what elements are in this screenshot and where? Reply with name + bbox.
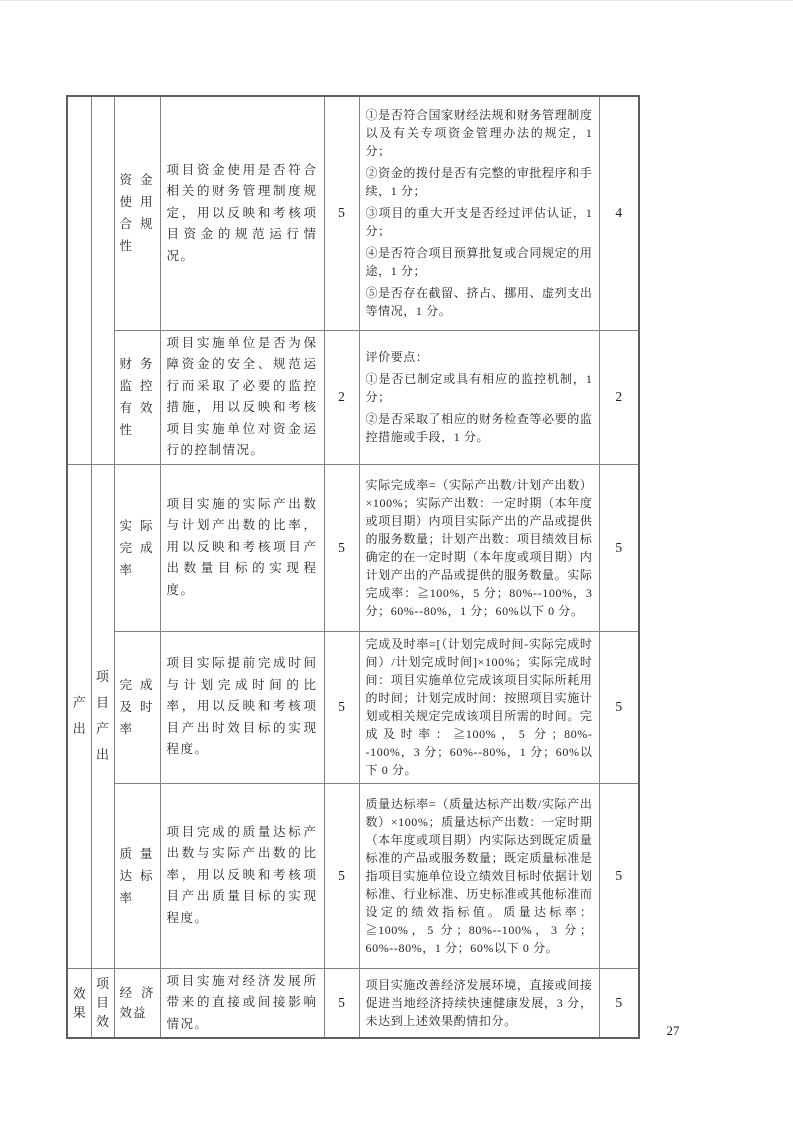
- cell-description: 项目实施单位是否为保障资金的安全、规范运行而采取了必要的监控措施，用以反映和考核…: [160, 330, 324, 464]
- table-row: 效果 项目效 经济效益 项目实施对经济发展所带来的直接或间接影响情况。 5 项目…: [67, 968, 639, 1038]
- cell-indicator: 实际完成率: [114, 464, 160, 631]
- cell-subcategory: 项目产出: [91, 464, 114, 968]
- cell-indicator: 完成及时率: [114, 631, 160, 783]
- cell-category: 效果: [67, 968, 91, 1038]
- cell-indicator: 资金使用合规性: [114, 96, 160, 330]
- cell-weight: 2: [324, 330, 359, 464]
- subcategory-label: 项目产出: [95, 664, 110, 768]
- cell-weight: 5: [324, 464, 359, 631]
- cell-indicator: 经济效益: [114, 968, 160, 1038]
- cell-description: 项目完成的质量达标产出数与实际产出数的比率，用以反映和考核项目产出质量目标的实现…: [160, 783, 324, 968]
- cell-criteria: 完成及时率=[（计划完成时间-实际完成时间）/计划完成时间]×100%；实际完成…: [359, 631, 599, 783]
- cell-description: 项目实际提前完成时间与计划完成时间的比率，用以反映和考核项目产出时效目标的实现程…: [160, 631, 324, 783]
- cell-criteria: ①是否符合国家财经法规和财务管理制度以及有关专项资金管理办法的规定，1 分； ②…: [359, 96, 599, 330]
- criteria-item: ③项目的重大开支是否经过评估认证，1 分；: [366, 204, 593, 240]
- cell-score: 5: [599, 968, 639, 1038]
- page-number: 27: [658, 1023, 688, 1039]
- cell-criteria: 实际完成率=（实际产出数/计划产出数）×100%；实际产出数：一定时期（本年度或…: [359, 464, 599, 631]
- page-edge-line: [0, 0, 793, 1]
- cell-weight: 5: [324, 968, 359, 1038]
- criteria-item: ①是否符合国家财经法规和财务管理制度以及有关专项资金管理办法的规定，1 分；: [366, 106, 593, 160]
- performance-evaluation-table: 资金使用合规性 项目资金使用是否符合相关的财务管理制度规定，用以反映和考核项目资…: [66, 95, 640, 1039]
- cell-category: 产出: [67, 464, 91, 968]
- cell-criteria: 项目实施改善经济发展环境，直接或间接促进当地经济持续快速健康发展，3 分，未达到…: [359, 968, 599, 1038]
- cell-category-empty: [67, 96, 91, 464]
- cell-description: 项目实施的实际产出数与计划产出数的比率，用以反映和考核项目产出数量目标的实现程度…: [160, 464, 324, 631]
- criteria-item: ②是否采取了相应的财务检查等必要的监控措施或手段，1 分。: [366, 410, 593, 446]
- criteria-item: ④是否符合项目预算批复或合同规定的用途，1 分；: [366, 244, 593, 280]
- table-row: 产出 项目产出 实际完成率 项目实施的实际产出数与计划产出数的比率，用以反映和考…: [67, 464, 639, 631]
- criteria-item: ①是否已制定或具有相应的监控机制，1 分；: [366, 370, 593, 406]
- table-row: 资金使用合规性 项目资金使用是否符合相关的财务管理制度规定，用以反映和考核项目资…: [67, 96, 639, 330]
- criteria-item: 评价要点：: [366, 348, 593, 366]
- category-label: 效果: [72, 984, 87, 1022]
- cell-score: 5: [599, 631, 639, 783]
- cell-score: 5: [599, 783, 639, 968]
- criteria-item: ②资金的拨付是否有完整的审批程序和手续，1 分；: [366, 164, 593, 200]
- table-row: 完成及时率 项目实际提前完成时间与计划完成时间的比率，用以反映和考核项目产出时效…: [67, 631, 639, 783]
- table-row: 财务监控有效性 项目实施单位是否为保障资金的安全、规范运行而采取了必要的监控措施…: [67, 330, 639, 464]
- criteria-item: ⑤是否存在截留、挤占、挪用、虚列支出等情况，1 分。: [366, 284, 593, 320]
- cell-indicator: 财务监控有效性: [114, 330, 160, 464]
- table-row: 质量达标率 项目完成的质量达标产出数与实际产出数的比率，用以反映和考核项目产出质…: [67, 783, 639, 968]
- cell-criteria: 评价要点： ①是否已制定或具有相应的监控机制，1 分； ②是否采取了相应的财务检…: [359, 330, 599, 464]
- cell-criteria: 质量达标率=（质量达标产出数/实际产出数）×100%；质量达标产出数：一定时期（…: [359, 783, 599, 968]
- cell-subcategory: 项目效: [91, 968, 114, 1038]
- cell-score: 2: [599, 330, 639, 464]
- category-label: 产出: [72, 690, 87, 742]
- cell-weight: 5: [324, 631, 359, 783]
- cell-description: 项目实施对经济发展所带来的直接或间接影响情况。: [160, 968, 324, 1038]
- cell-indicator: 质量达标率: [114, 783, 160, 968]
- cell-description: 项目资金使用是否符合相关的财务管理制度规定，用以反映和考核项目资金的规范运行情况…: [160, 96, 324, 330]
- cell-subcategory-empty: [91, 96, 114, 464]
- cell-weight: 5: [324, 96, 359, 330]
- cell-weight: 5: [324, 783, 359, 968]
- cell-score: 4: [599, 96, 639, 330]
- cell-score: 5: [599, 464, 639, 631]
- subcategory-label: 项目效: [95, 974, 110, 1031]
